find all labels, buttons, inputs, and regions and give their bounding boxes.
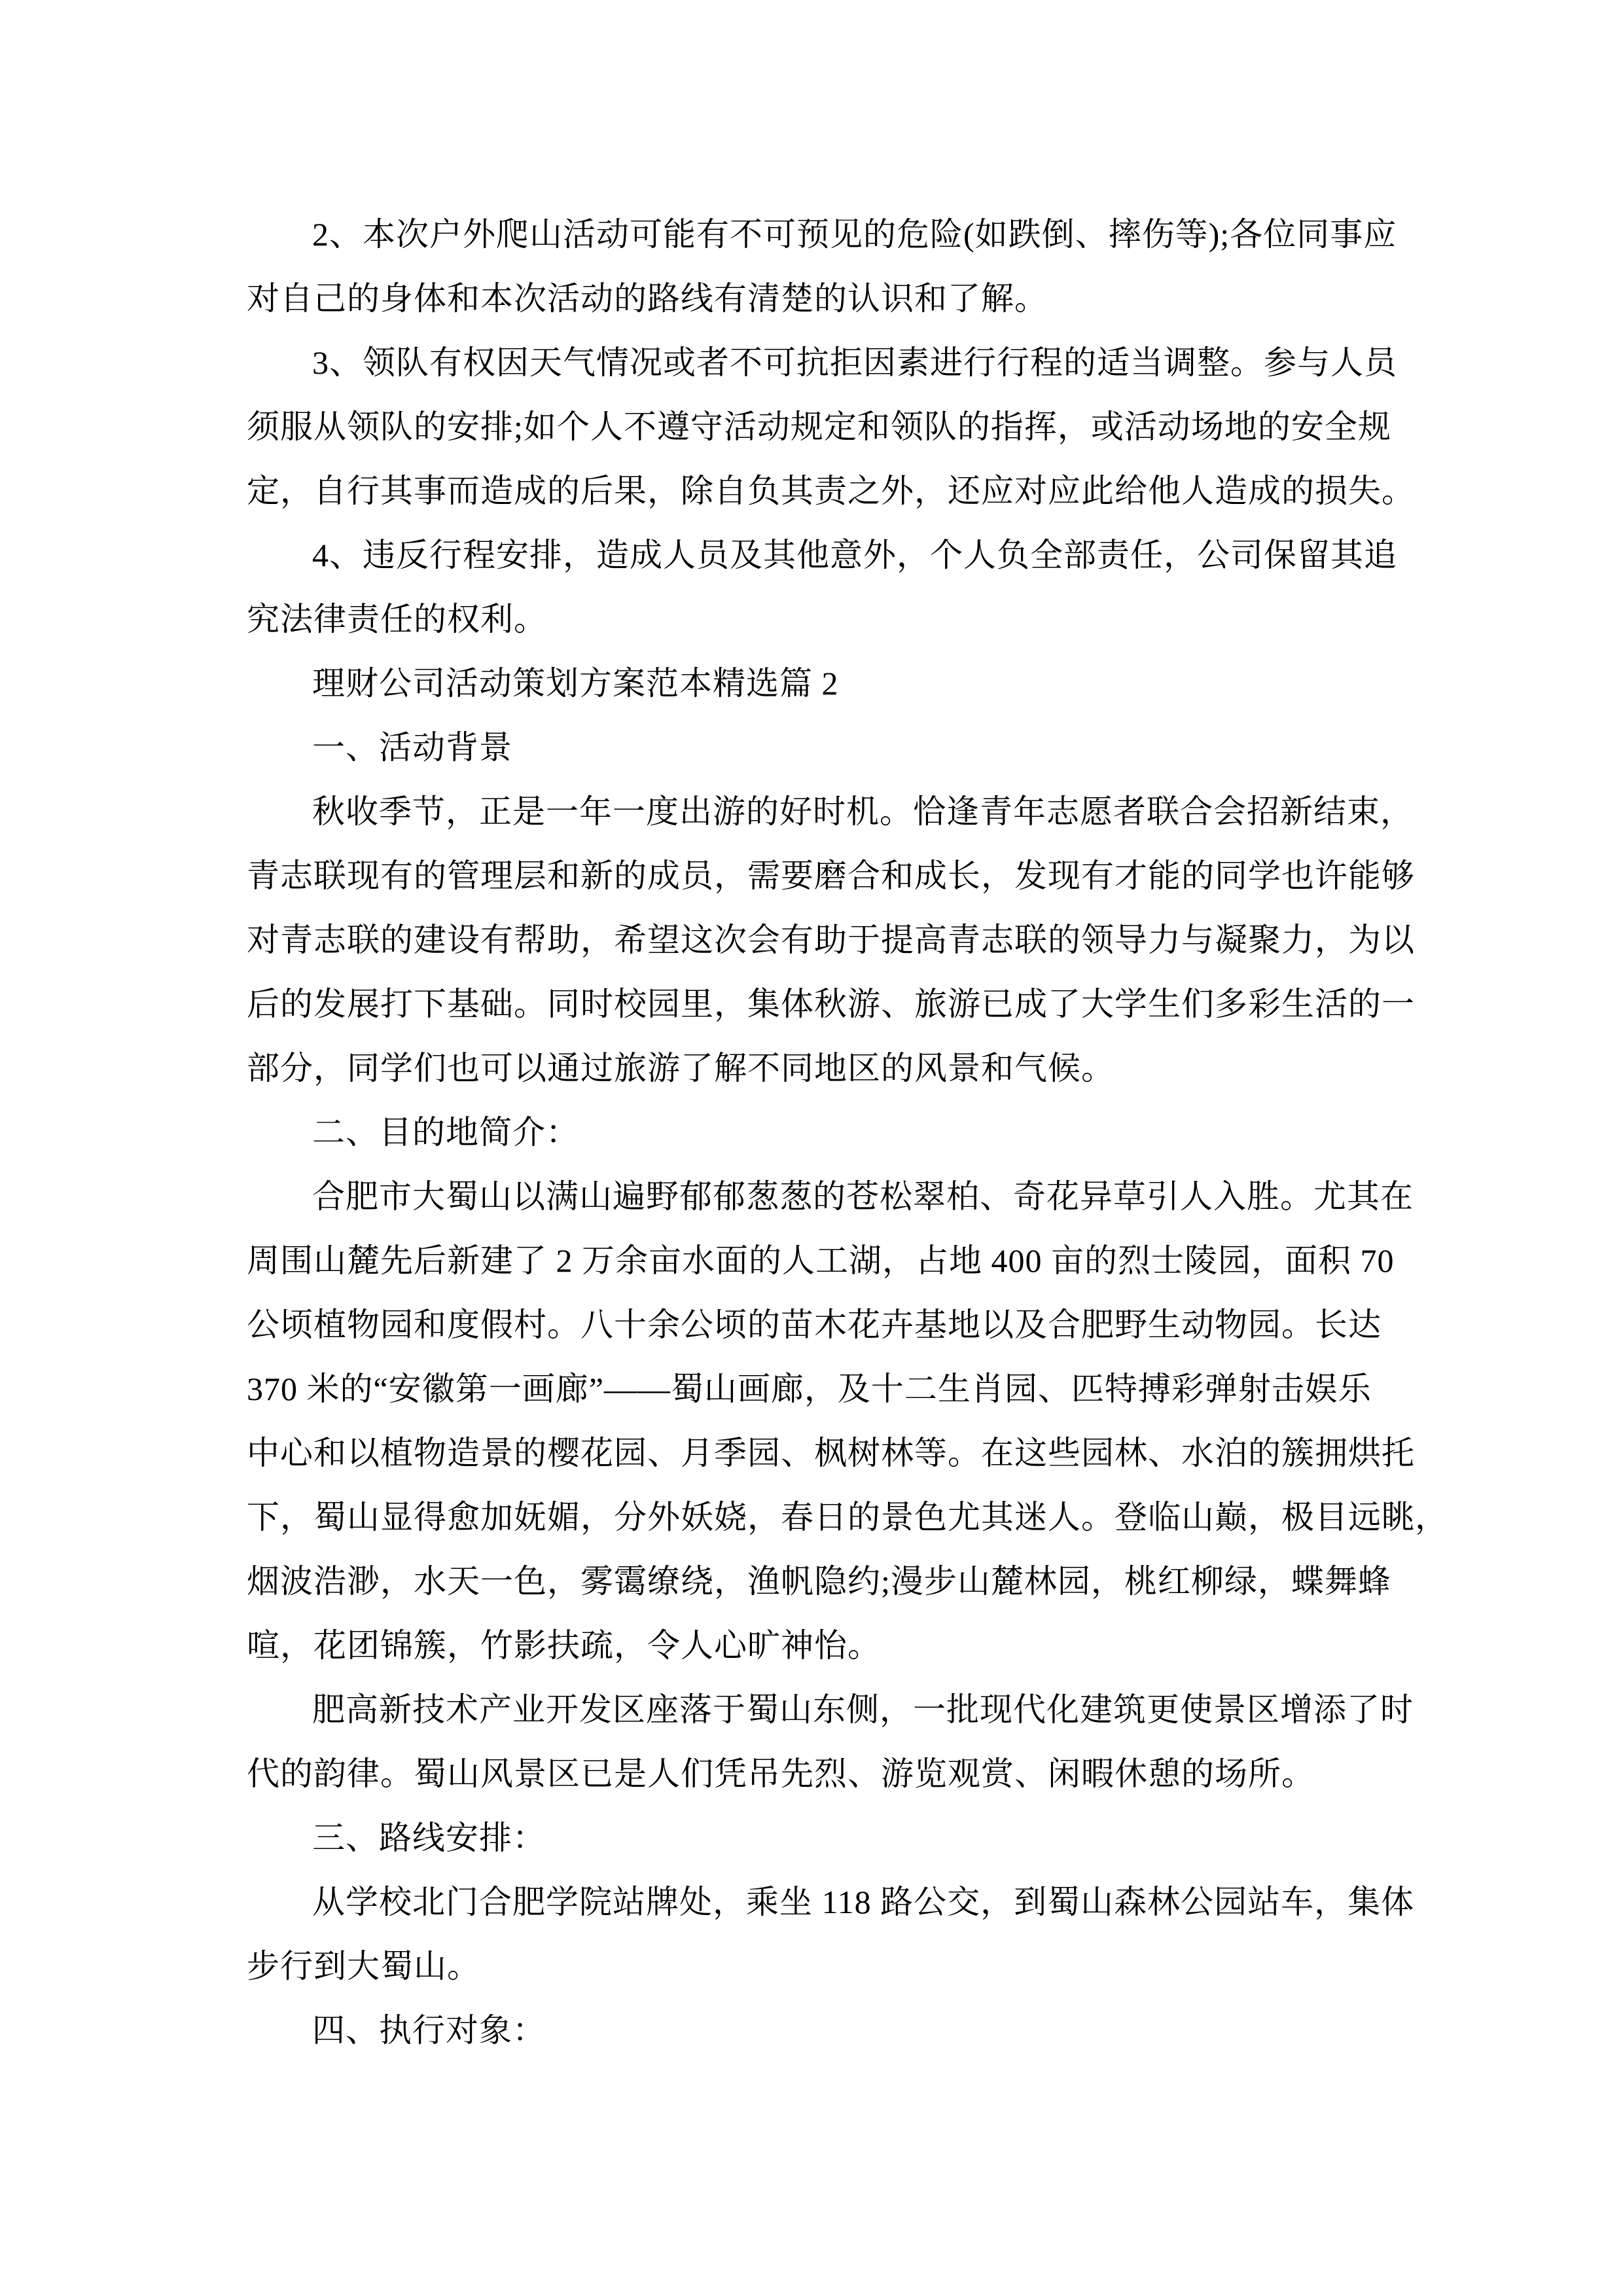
document-body: 2、本次户外爬山活动可能有不可预见的危险(如跌倒、摔伤等);各位同事应 对自己的… xyxy=(247,202,1389,2062)
text-line: 部分，同学们也可以通过旅游了解不同地区的风景和气候。 xyxy=(247,1036,1389,1100)
text-line: 究法律责任的权利。 xyxy=(247,587,1389,651)
heading-destination-intro: 二、目的地简介： xyxy=(247,1100,1389,1164)
text-line: 秋收季节，正是一年一度出游的好时机。恰逢青年志愿者联合会招新结束， xyxy=(247,780,1389,844)
document-page: 2、本次户外爬山活动可能有不可预见的危险(如跌倒、摔伤等);各位同事应 对自己的… xyxy=(0,0,1623,2296)
text-line: 肥高新技术产业开发区座落于蜀山东侧，一批现代化建筑更使景区增添了时 xyxy=(247,1677,1389,1742)
section-title: 理财公司活动策划方案范本精选篇 2 xyxy=(247,651,1389,715)
text-line: 须服从领队的安排;如个人不遵守活动规定和领队的指挥，或活动场地的安全规 xyxy=(247,395,1389,459)
text-line: 烟波浩渺，水天一色，雾霭缭绕，渔帆隐约;漫步山麓林园，桃红柳绿，蝶舞蜂 xyxy=(247,1549,1389,1613)
text-line: 周围山麓先后新建了 2 万余亩水面的人工湖，占地 400 亩的烈士陵园，面积 7… xyxy=(247,1229,1389,1293)
text-line: 公顷植物园和度假村。八十余公顷的苗木花卉基地以及合肥野生动物园。长达 xyxy=(247,1293,1389,1357)
text-line: 对青志联的建设有帮助，希望这次会有助于提高青志联的领导力与凝聚力，为以 xyxy=(247,908,1389,972)
text-line: 对自己的身体和本次活动的路线有清楚的认识和了解。 xyxy=(247,266,1389,331)
heading-route-arrangement: 三、路线安排： xyxy=(247,1806,1389,1870)
text-line: 370 米的“安徽第一画廊”——蜀山画廊，及十二生肖园、匹特搏彩弹射击娱乐 xyxy=(247,1357,1389,1421)
text-line: 步行到大蜀山。 xyxy=(247,1934,1389,1998)
text-line: 喧，花团锦簇，竹影扶疏，令人心旷神怡。 xyxy=(247,1613,1389,1677)
text-line: 3、领队有权因天气情况或者不可抗拒因素进行行程的适当调整。参与人员 xyxy=(247,331,1389,395)
text-line: 后的发展打下基础。同时校园里，集体秋游、旅游已成了大学生们多彩生活的一 xyxy=(247,972,1389,1036)
text-line: 4、违反行程安排，造成人员及其他意外，个人负全部责任，公司保留其追 xyxy=(247,523,1389,587)
text-line: 青志联现有的管理层和新的成员，需要磨合和成长，发现有才能的同学也许能够 xyxy=(247,844,1389,908)
text-line: 代的韵律。蜀山风景区已是人们凭吊先烈、游览观赏、闲暇休憩的场所。 xyxy=(247,1742,1389,1806)
text-line: 2、本次户外爬山活动可能有不可预见的危险(如跌倒、摔伤等);各位同事应 xyxy=(247,202,1389,266)
text-line: 下，蜀山显得愈加妩媚，分外妖娆，春日的景色尤其迷人。登临山巅，极目远眺， xyxy=(247,1485,1389,1549)
text-line: 定，自行其事而造成的后果，除自负其责之外，还应对应此给他人造成的损失。 xyxy=(247,459,1389,523)
heading-execution-target: 四、执行对象： xyxy=(247,1998,1389,2062)
heading-activity-background: 一、活动背景 xyxy=(247,715,1389,780)
text-line: 合肥市大蜀山以满山遍野郁郁葱葱的苍松翠柏、奇花异草引人入胜。尤其在 xyxy=(247,1164,1389,1229)
text-line: 从学校北门合肥学院站牌处，乘坐 118 路公交，到蜀山森林公园站车，集体 xyxy=(247,1870,1389,1934)
text-line: 中心和以植物造景的樱花园、月季园、枫树林等。在这些园林、水泊的簇拥烘托 xyxy=(247,1421,1389,1485)
